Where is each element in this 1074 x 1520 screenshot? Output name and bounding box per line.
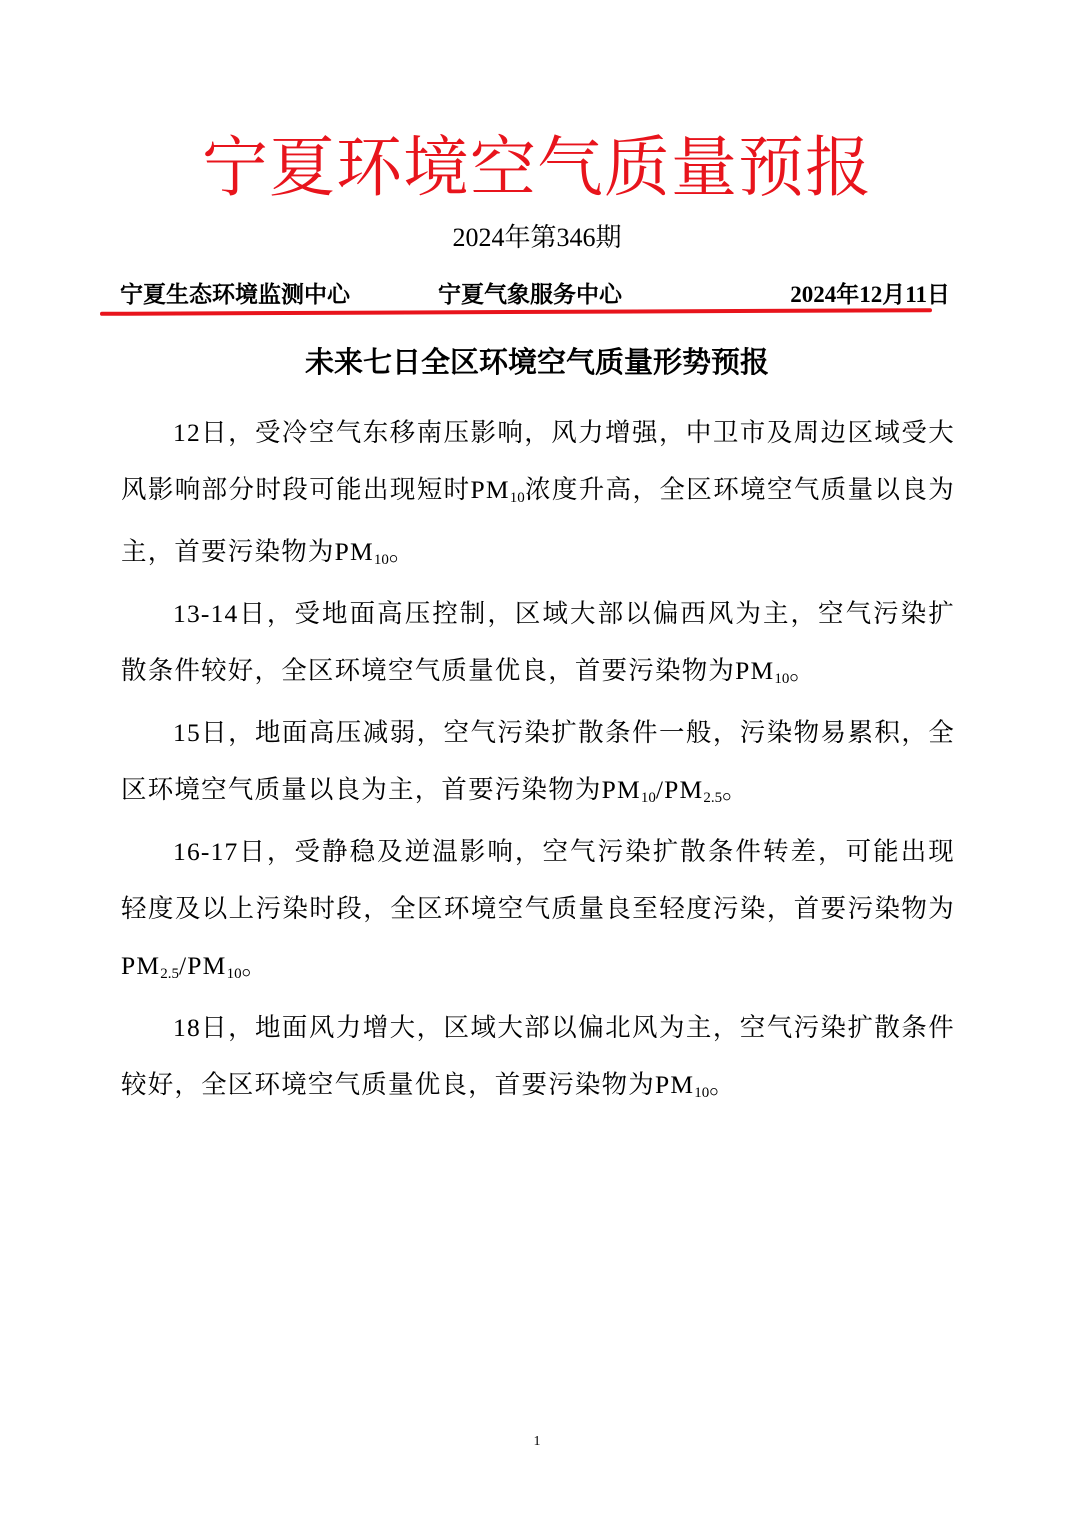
- text-run: /PM: [656, 775, 704, 804]
- text-run: 18日，地面风力增大，区域大部以偏北风为主，空气污染扩散条件较好，全区环境空气质…: [121, 1013, 955, 1099]
- subscript: 10: [227, 966, 242, 982]
- forecast-paragraph: 16-17日，受静稳及逆温影响，空气污染扩散条件转差，可能出现轻度及以上污染时段…: [121, 823, 955, 999]
- forecast-paragraph: 15日，地面高压减弱，空气污染扩散条件一般，污染物易累积，全区环境空气质量以良为…: [121, 704, 955, 823]
- document-title: 宁夏环境空气质量预报: [0, 128, 1074, 208]
- subscript: 2.5: [703, 790, 722, 806]
- article-body: 12日，受冷空气东移南压影响，风力增强，中卫市及周边区域受大风影响部分时段可能出…: [121, 404, 955, 1118]
- text-run: 。: [709, 1070, 736, 1099]
- text-run: 。: [789, 656, 816, 685]
- article-heading: 未来七日全区环境空气质量形势预报: [0, 340, 1074, 384]
- subscript: 10: [774, 671, 789, 687]
- issue-number: 2024年第346期: [0, 220, 1074, 256]
- text-run: /PM: [179, 951, 227, 980]
- text-run: 15日，地面高压减弱，空气污染扩散条件一般，污染物易累积，全区环境空气质量以良为…: [121, 718, 955, 804]
- text-run: 。: [389, 537, 416, 566]
- issuer-row: 宁夏生态环境监测中心 宁夏气象服务中心 2024年12月11日: [120, 278, 950, 312]
- forecast-paragraph: 13-14日，受地面高压控制，区域大部以偏西风为主，空气污染扩散条件较好，全区环…: [121, 585, 955, 704]
- text-run: 。: [242, 951, 269, 980]
- subscript: 10: [694, 1085, 709, 1101]
- issue-date: 2024年12月11日: [790, 278, 950, 312]
- subscript: 10: [374, 552, 389, 568]
- issuer-meteorological-center: 宁夏气象服务中心: [438, 278, 622, 312]
- forecast-paragraph: 12日，受冷空气东移南压影响，风力增强，中卫市及周边区域受大风影响部分时段可能出…: [121, 404, 955, 585]
- text-run: 。: [722, 775, 749, 804]
- subscript: 10: [641, 790, 656, 806]
- subscript: 10: [510, 490, 525, 506]
- issuer-monitoring-center: 宁夏生态环境监测中心: [120, 278, 350, 312]
- forecast-paragraph: 18日，地面风力增大，区域大部以偏北风为主，空气污染扩散条件较好，全区环境空气质…: [121, 999, 955, 1118]
- text-run: 13-14日，受地面高压控制，区域大部以偏西风为主，空气污染扩散条件较好，全区环…: [121, 599, 955, 685]
- page-number: 1: [0, 1434, 1074, 1450]
- subscript: 2.5: [160, 966, 179, 982]
